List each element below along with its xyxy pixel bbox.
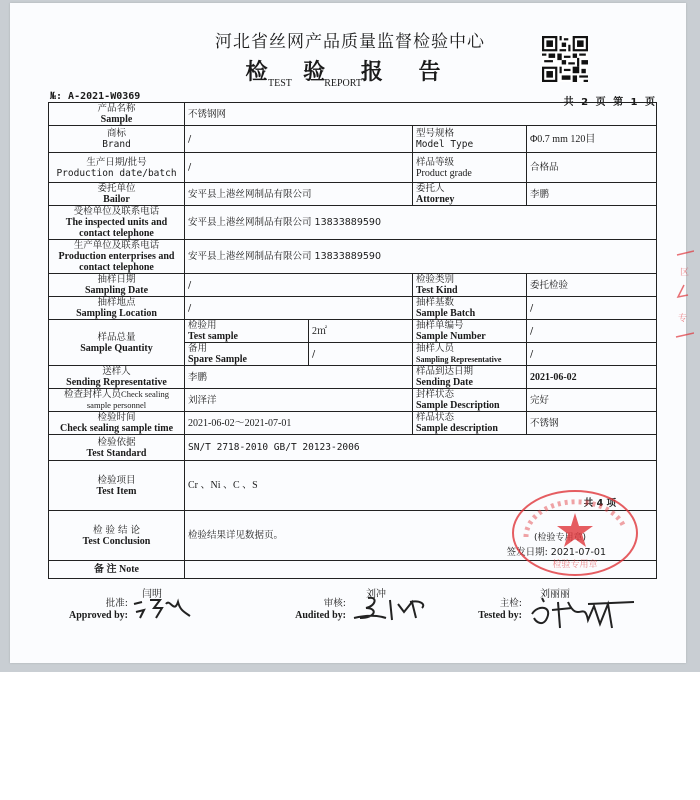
row-bailor: 委托单位Bailor 安平县上港丝网制品有限公司 委托人Attorney 李鹏 [49, 183, 657, 206]
check-sealing-value: 刘泽洋 [188, 395, 217, 406]
test-kind-value: 委托检验 [530, 280, 568, 291]
check-time-value: 2021-06-02～2021-07-01 [188, 418, 291, 429]
test-standard-label-en: Test Standard [52, 448, 181, 459]
sampling-location-label-en: Sampling Location [52, 308, 181, 319]
svg-text:区: 区 [680, 267, 689, 278]
bailor-label-en: Bailor [52, 194, 181, 205]
edge-seal-fragment: 区 专 [672, 245, 694, 345]
sending-representative-label-cn: 送样人 [52, 366, 181, 377]
inspected-units-value: 安平县上港丝网制品有限公司 13833889590 [188, 217, 381, 228]
brand-label-cn: 商标 [52, 128, 181, 139]
sample-batch-label-cn: 抽样基数 [416, 297, 523, 308]
test-item-count: 共 4 项 [584, 498, 616, 509]
sample-state-label-cn: 样品状态 [416, 412, 523, 423]
production-enterprises-label-cn: 生产单位及联系电话 [52, 240, 181, 251]
row-sampling-date: 抽样日期Sampling Date / 检验类别Test Kind 委托检验 [49, 274, 657, 297]
sampling-representative-label-cn: 抽样人员 [416, 343, 523, 354]
inspected-units-label-en2: contact telephone [52, 228, 181, 239]
attorney-value: 李鹏 [530, 189, 549, 200]
sample-quantity-label-cn: 样品总量 [52, 332, 181, 343]
row-sending: 送样人Sending Representative 李鹏 样品到达日期Sendi… [49, 366, 657, 389]
sample-batch-label-en: Sample Batch [416, 308, 523, 319]
sample-value: 不锈钢网 [188, 109, 226, 120]
sample-number-label-en: Sample Number [416, 331, 523, 342]
row-production-enterprises: 生产单位及联系电话Production enterprises andconta… [49, 240, 657, 274]
test-item-label-cn: 检验项目 [52, 475, 181, 486]
production-enterprises-value: 安平县上港丝网制品有限公司 13833889590 [188, 251, 381, 262]
sampling-location-value: / [188, 303, 191, 314]
brand-value: / [188, 134, 191, 145]
sample-batch-value: / [530, 303, 533, 314]
row-check-time: 检验时间Check sealing sample time 2021-06-02… [49, 412, 657, 435]
test-conclusion-value: 检验结果详见数据页。 [188, 530, 283, 541]
test-sample-label-cn: 检验用 [188, 320, 305, 331]
sampling-representative-label-en: Sampling Representative [416, 354, 523, 365]
test-conclusion-label-cn: 检 验 结 论 [52, 525, 181, 536]
test-sample-value: 2㎡ [312, 326, 327, 337]
sending-representative-value: 李鹏 [188, 372, 207, 383]
tester-signature [528, 594, 638, 632]
note-label: 备 注 Note [94, 564, 139, 575]
test-kind-label-cn: 检验类别 [416, 274, 523, 285]
sampling-location-label-cn: 抽样地点 [52, 297, 181, 308]
row-inspected-units: 受检单位及联系电话The inspected units andcontact … [49, 206, 657, 240]
row-test-item: 检验项目Test Item Cr 、Ni 、C 、S共 4 项 [49, 461, 657, 511]
sampling-date-label-en: Sampling Date [52, 285, 181, 296]
sample-quantity-label-en: Sample Quantity [52, 343, 181, 354]
product-grade-value: 合格品 [530, 162, 559, 173]
approved-by-label: 批准: Approved by: [40, 598, 128, 622]
spare-sample-label-en: Spare Sample [188, 354, 305, 365]
test-standard-value: SN/T 2718-2010 GB/T 20123-2006 [188, 442, 360, 453]
auditor-signature [350, 594, 430, 624]
row-note: 备 注 Note [49, 561, 657, 579]
production-enterprises-label-en2: contact telephone [52, 262, 181, 273]
production-enterprises-label-en1: Production enterprises and [52, 251, 181, 262]
inspected-units-label-en1: The inspected units and [52, 217, 181, 228]
test-item-value: Cr 、Ni 、C 、S [188, 480, 258, 491]
brand-label-en: Brand [52, 139, 181, 150]
tested-by-label: 主检: Tested by: [448, 598, 522, 622]
check-sealing-label-cn: 检查封样人员 [64, 389, 121, 400]
seal-state-label-en: Sample Description [416, 400, 523, 411]
sampling-date-label-cn: 抽样日期 [52, 274, 181, 285]
production-batch-value: / [188, 162, 191, 173]
sample-number-label-cn: 抽样单编号 [416, 320, 523, 331]
approved-by-cn: 批准: [40, 598, 128, 610]
sending-date-label-cn: 样品到达日期 [416, 366, 523, 377]
test-standard-label-cn: 检验依据 [52, 437, 181, 448]
issue-date: 签发日期: 2021-07-01 [507, 547, 606, 558]
report-number: №: A-2021-W0369 [50, 91, 140, 102]
sample-state-label-en: Sample description [416, 423, 523, 434]
row-sample: 产品名称Sample 不锈钢网 [49, 103, 657, 126]
seal-state-value: 完好 [530, 395, 549, 406]
attorney-label-cn: 委托人 [416, 183, 523, 194]
model-type-label-cn: 型号规格 [416, 128, 523, 139]
sampling-date-value: / [188, 280, 191, 291]
model-type-label-en: Model Type [416, 139, 523, 150]
test-item-label-en: Test Item [52, 486, 181, 497]
stamp-label: (检验专用章) [534, 533, 586, 544]
approver-signature [130, 594, 200, 622]
row-test-standard: 检验依据Test Standard SN/T 2718-2010 GB/T 20… [49, 435, 657, 461]
test-kind-label-en: Test Kind [416, 285, 523, 296]
audited-by-label: 审核: Audited by: [268, 598, 346, 622]
tested-by-cn: 主检: [448, 598, 522, 610]
row-sampling-location: 抽样地点Sampling Location / 抽样基数Sample Batch… [49, 297, 657, 320]
bailor-value: 安平县上港丝网制品有限公司 [188, 189, 312, 200]
report-subtitle: TEST REPORT [268, 78, 362, 89]
row-test-sample: 样品总量Sample Quantity 检验用Test sample 2㎡ 抽样… [49, 320, 657, 343]
inspected-units-label-cn: 受检单位及联系电话 [52, 206, 181, 217]
sample-state-value: 不锈钢 [530, 418, 559, 429]
report-table: 产品名称Sample 不锈钢网 商标Brand / 型号规格Model Type… [48, 102, 657, 579]
row-test-conclusion: 检 验 结 论Test Conclusion 检验结果详见数据页。(检验专用章)… [49, 511, 657, 561]
seal-state-label-cn: 封样状态 [416, 389, 523, 400]
row-brand: 商标Brand / 型号规格Model Type Φ0.7 mm 120目 [49, 126, 657, 153]
organization-name: 河北省丝网产品质量监督检验中心 [0, 27, 700, 52]
sample-number-value: / [530, 326, 533, 337]
svg-text:专: 专 [678, 312, 687, 324]
test-conclusion-label-en: Test Conclusion [52, 536, 181, 547]
check-sealing-label-en-inline: Check sealing [121, 389, 169, 399]
approved-by-en: Approved by: [40, 610, 128, 622]
check-time-label-cn: 检验时间 [52, 412, 181, 423]
spare-sample-value: / [312, 349, 315, 360]
spare-sample-label-cn: 备用 [188, 343, 305, 354]
check-sealing-label-en2: sample personnel [52, 400, 181, 411]
bailor-label-cn: 委托单位 [52, 183, 181, 194]
audited-by-cn: 审核: [268, 598, 346, 610]
sample-label-en: Sample [52, 114, 181, 125]
sample-label-cn: 产品名称 [52, 103, 181, 114]
production-batch-label-cn: 生产日期/批号 [52, 157, 181, 168]
product-grade-label-en: Product grade [416, 168, 523, 179]
production-batch-label-en: Production date/batch [52, 168, 181, 179]
qr-code-icon [542, 36, 588, 82]
sending-date-label-en: Sending Date [416, 377, 523, 388]
audited-by-en: Audited by: [268, 610, 346, 622]
sending-representative-label-en: Sending Representative [52, 377, 181, 388]
row-check-sealing: 检查封样人员Check sealingsample personnel 刘泽洋 … [49, 389, 657, 412]
sampling-representative-value: / [530, 349, 533, 360]
model-type-value: Φ0.7 mm 120目 [530, 134, 595, 145]
check-time-label-en: Check sealing sample time [52, 423, 181, 434]
row-production-batch: 生产日期/批号Production date/batch / 样品等级Produ… [49, 153, 657, 183]
test-sample-label-en: Test sample [188, 331, 305, 342]
product-grade-label-cn: 样品等级 [416, 157, 523, 168]
sending-date-value: 2021-06-02 [530, 372, 577, 383]
tested-by-en: Tested by: [448, 610, 522, 622]
attorney-label-en: Attorney [416, 194, 523, 205]
